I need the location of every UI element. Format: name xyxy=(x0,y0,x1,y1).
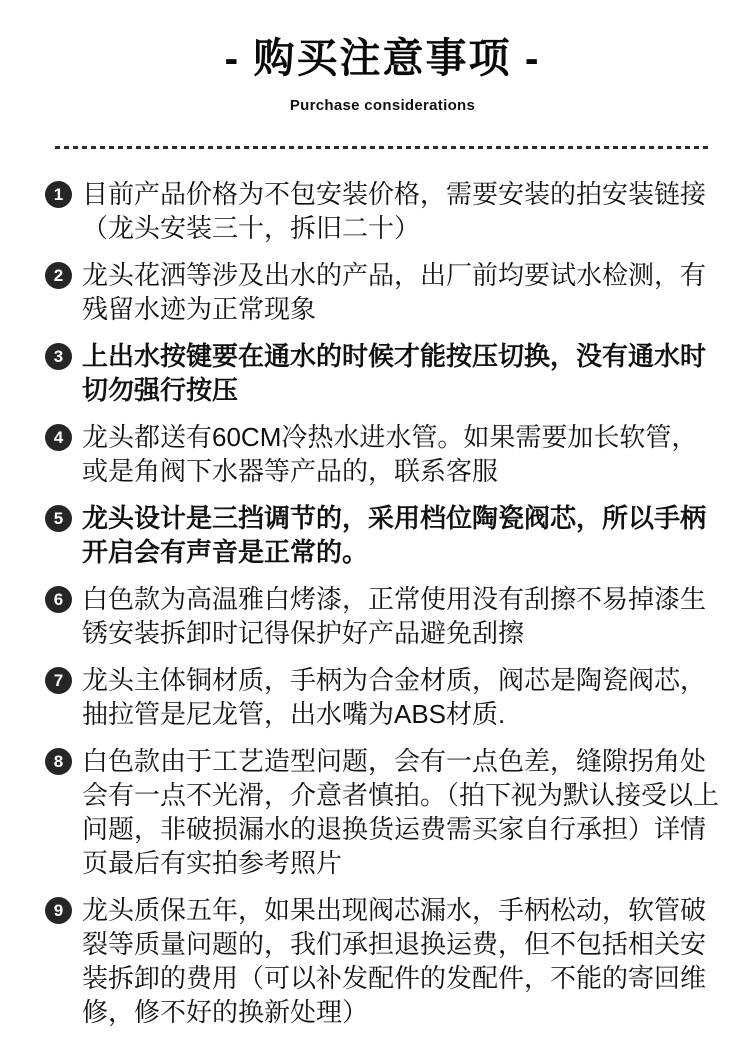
item-number-badge: 4 xyxy=(45,424,72,451)
item-number-badge: 2 xyxy=(45,262,72,289)
dashed-divider xyxy=(55,146,708,149)
list-item: 9 龙头质保五年，如果出现阀芯漏水，手柄松动，软管破裂等质量问题的，我们承担退换… xyxy=(45,893,720,1029)
item-number-badge: 7 xyxy=(45,667,72,694)
item-number-badge: 9 xyxy=(45,897,72,924)
purchase-considerations-page: - 购买注意事项 - Purchase considerations 1 目前产… xyxy=(0,0,750,1050)
list-item: 8 白色款由于工艺造型问题，会有一点色差，缝隙拐角处会有一点不光滑，介意者慎拍。… xyxy=(45,744,720,880)
page-subtitle: Purchase considerations xyxy=(45,97,720,114)
item-number-badge: 8 xyxy=(45,748,72,775)
list-item: 7 龙头主体铜材质，手柄为合金材质，阀芯是陶瓷阀芯，抽拉管是尼龙管，出水嘴为AB… xyxy=(45,663,720,731)
considerations-list: 1 目前产品价格为不包安装价格，需要安装的拍安装链接（龙头安装三十，拆旧二十） … xyxy=(45,177,720,1029)
item-text: 目前产品价格为不包安装价格，需要安装的拍安装链接（龙头安装三十，拆旧二十） xyxy=(82,177,720,245)
item-text: 龙头质保五年，如果出现阀芯漏水，手柄松动，软管破裂等质量问题的，我们承担退换运费… xyxy=(82,893,720,1029)
item-number-badge: 3 xyxy=(45,343,72,370)
list-item: 6 白色款为高温雅白烤漆，正常使用没有刮擦不易掉漆生锈安装拆卸时记得保护好产品避… xyxy=(45,582,720,650)
item-number-badge: 1 xyxy=(45,181,72,208)
item-number-badge: 6 xyxy=(45,586,72,613)
item-text: 上出水按键要在通水的时候才能按压切换，没有通水时切勿强行按压 xyxy=(82,339,720,407)
item-text: 龙头花洒等涉及出水的产品，出厂前均要试水检测，有残留水迹为正常现象 xyxy=(82,258,720,326)
list-item: 2 龙头花洒等涉及出水的产品，出厂前均要试水检测，有残留水迹为正常现象 xyxy=(45,258,720,326)
item-text: 龙头主体铜材质，手柄为合金材质，阀芯是陶瓷阀芯，抽拉管是尼龙管，出水嘴为ABS材… xyxy=(82,663,720,731)
item-text: 龙头都送有60CM冷热水进水管。如果需要加长软管，或是角阀下水器等产品的，联系客… xyxy=(82,420,720,488)
list-item: 1 目前产品价格为不包安装价格，需要安装的拍安装链接（龙头安装三十，拆旧二十） xyxy=(45,177,720,245)
page-header: - 购买注意事项 - Purchase considerations xyxy=(45,36,720,114)
item-text: 龙头设计是三挡调节的，采用档位陶瓷阀芯，所以手柄开启会有声音是正常的。 xyxy=(82,501,720,569)
list-item: 3 上出水按键要在通水的时候才能按压切换，没有通水时切勿强行按压 xyxy=(45,339,720,407)
page-title: - 购买注意事项 - xyxy=(45,36,720,81)
item-text: 白色款由于工艺造型问题，会有一点色差，缝隙拐角处会有一点不光滑，介意者慎拍。（拍… xyxy=(82,744,720,880)
item-text: 白色款为高温雅白烤漆，正常使用没有刮擦不易掉漆生锈安装拆卸时记得保护好产品避免刮… xyxy=(82,582,720,650)
list-item: 5 龙头设计是三挡调节的，采用档位陶瓷阀芯，所以手柄开启会有声音是正常的。 xyxy=(45,501,720,569)
item-number-badge: 5 xyxy=(45,505,72,532)
list-item: 4 龙头都送有60CM冷热水进水管。如果需要加长软管，或是角阀下水器等产品的，联… xyxy=(45,420,720,488)
